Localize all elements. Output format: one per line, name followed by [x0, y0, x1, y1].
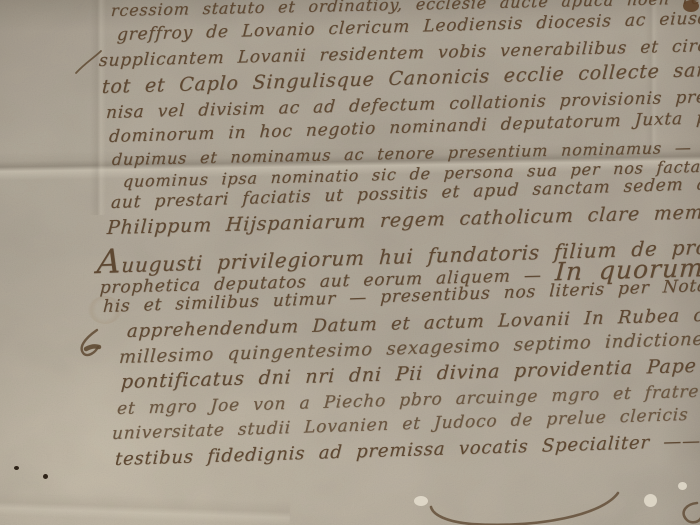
vertical-fold-crease-left [90, 0, 106, 215]
bottom-fold-crease [0, 491, 290, 525]
ink-spot [43, 474, 48, 479]
light-speck [414, 496, 428, 506]
ink-spot [14, 466, 19, 470]
light-speck [644, 494, 657, 507]
parchment-document-photo: rcessiom statuto et ordinatioy, ecclesie… [0, 0, 700, 525]
light-speck [678, 482, 687, 490]
